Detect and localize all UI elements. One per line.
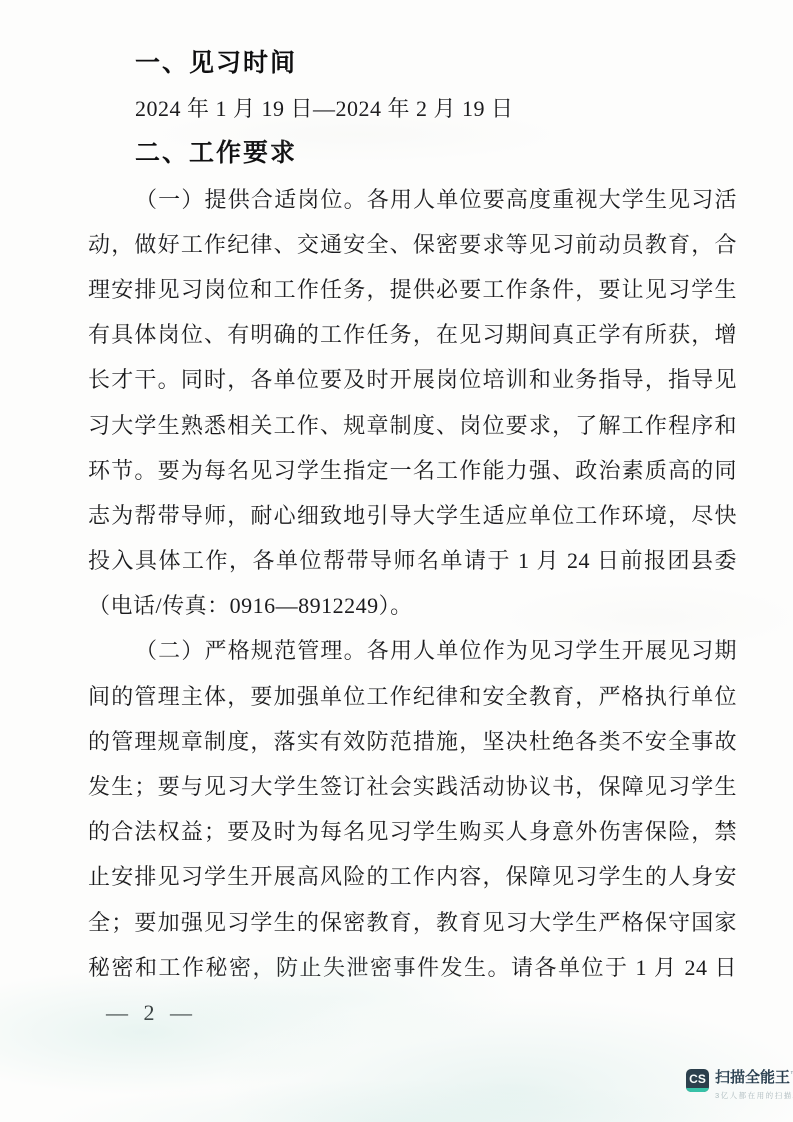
section-heading: 一、见习时间 xyxy=(88,41,737,86)
camscanner-logo-text: CS xyxy=(689,1073,706,1085)
document-line: 动，做好工作纪律、交通安全、保密要求等见习前动员教育，合 xyxy=(88,222,737,267)
document-line: 全；要加强见习学生的保密教育，教育见习大学生严格保守国家 xyxy=(88,900,737,945)
scanned-document-page: 一、见习时间2024 年 1 月 19 日—2024 年 2 月 19 日二、工… xyxy=(0,0,793,1122)
document-line: （电话/传真：0916—8912249）。 xyxy=(88,583,737,628)
camscanner-watermark: CS 扫描全能王™ 3亿人都在用的扫描App xyxy=(686,1069,793,1101)
document-line: 秘密和工作秘密，防止失泄密事件发生。请各单位于 1 月 24 日 xyxy=(88,945,737,990)
document-line: 有具体岗位、有明确的工作任务，在见习期间真正学有所获，增 xyxy=(88,312,737,357)
document-line: 的管理规章制度，落实有效防范措施，坚决杜绝各类不安全事故 xyxy=(88,719,737,764)
document-line: 发生；要与见习大学生签订社会实践活动协议书，保障见习学生 xyxy=(88,764,737,809)
document-body: 一、见习时间2024 年 1 月 19 日—2024 年 2 月 19 日二、工… xyxy=(88,41,737,990)
camscanner-watermark-text: 扫描全能王™ 3亿人都在用的扫描App xyxy=(715,1069,793,1101)
section-heading: 二、工作要求 xyxy=(88,131,737,176)
camscanner-logo-icon: CS xyxy=(686,1069,709,1092)
camscanner-logo-accent-bar xyxy=(686,1088,709,1092)
document-line: （二）严格规范管理。各用人单位作为见习学生开展见习期 xyxy=(88,628,737,673)
camscanner-app-name: 扫描全能王™ xyxy=(715,1069,793,1087)
document-line: 长才干。同时，各单位要及时开展岗位培训和业务指导，指导见 xyxy=(88,357,737,402)
document-line: 2024 年 1 月 19 日—2024 年 2 月 19 日 xyxy=(88,86,737,131)
document-line: 的合法权益；要及时为每名见习学生购买人身意外伤害保险，禁 xyxy=(88,809,737,854)
document-line: 间的管理主体，要加强单位工作纪律和安全教育，严格执行单位 xyxy=(88,674,737,719)
document-line: 环节。要为每名见习学生指定一名工作能力强、政治素质高的同 xyxy=(88,448,737,493)
document-line: 习大学生熟悉相关工作、规章制度、岗位要求，了解工作程序和 xyxy=(88,403,737,448)
document-line: 理安排见习岗位和工作任务，提供必要工作条件，要让见习学生 xyxy=(88,267,737,312)
camscanner-tagline: 3亿人都在用的扫描App xyxy=(715,1090,793,1101)
document-line: （一）提供合适岗位。各用人单位要高度重视大学生见习活 xyxy=(88,177,737,222)
page-number: — 2 — xyxy=(106,1000,197,1026)
camscanner-app-name-label: 扫描全能王 xyxy=(715,1069,790,1086)
document-line: 投入具体工作，各单位帮带导师名单请于 1 月 24 日前报团县委 xyxy=(88,538,737,583)
document-line: 志为帮带导师，耐心细致地引导大学生适应单位工作环境，尽快 xyxy=(88,493,737,538)
document-line: 止安排见习学生开展高风险的工作内容，保障见习学生的人身安 xyxy=(88,854,737,899)
